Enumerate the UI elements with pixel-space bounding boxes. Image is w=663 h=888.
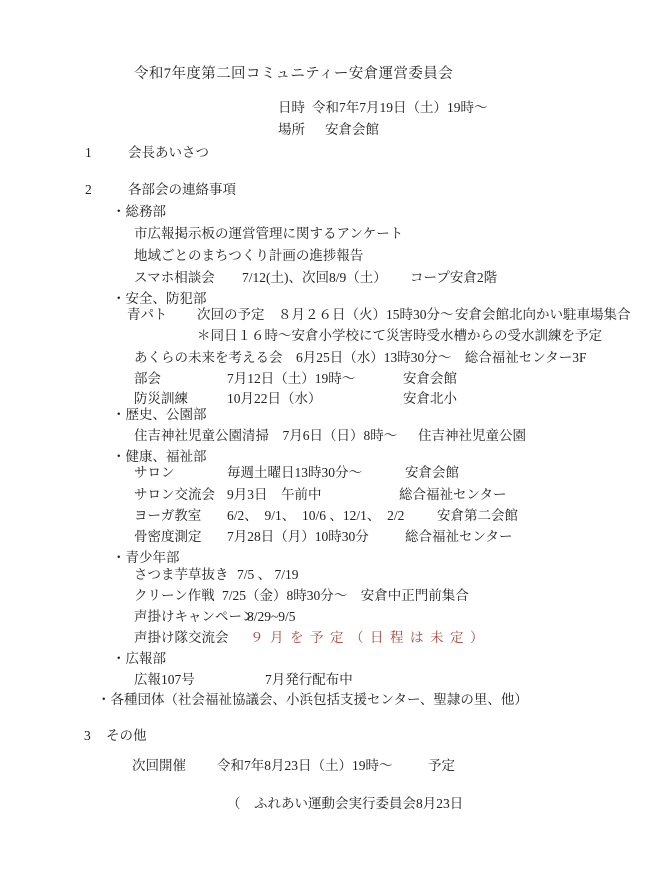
next-meeting-line: 次回開催 令和7年8月23日（土）19時～ 予定 [0, 757, 663, 775]
agenda-2-text: 各部会の連絡事項 [128, 181, 236, 198]
dept-seishonen-name: ・青少年部 [112, 549, 180, 566]
document-page: 令和7年度第二回コミュニティー安倉運営委員会 日時 令和7年7月19日（土）19… [0, 0, 663, 888]
page-title: 令和7年度第二回コミュニティー安倉運営委員会 [134, 66, 453, 83]
meta-datetime-line: 日時 令和7年7月19日（土）19時～ [0, 99, 663, 117]
agenda-item-2: 2 各部会の連絡事項 [0, 181, 663, 199]
seishonen-item-koekaketai: 声掛け隊交流会 ９月を予定（日程は未定） [0, 629, 663, 647]
aopato-place: 安倉会館北向かい駐車場集合 [455, 306, 631, 323]
agenda-3-text: その他 [106, 727, 147, 744]
datetime-label: 日時 [278, 99, 305, 116]
bousai-date: 10月22日（水） [227, 390, 322, 407]
kotsu-place: 総合福祉センター [405, 528, 512, 545]
next-meeting-date: 令和7年8月23日（土）19時～ [217, 757, 393, 774]
agenda-2-number: 2 [85, 181, 92, 198]
place-label: 場所 [278, 121, 305, 138]
dept-seishonen-heading: ・青少年部 [0, 549, 663, 567]
dept-soumu-heading: ・総務部 [0, 203, 663, 221]
fureai-line: （ ふれあい運動会実行委員会8月23日 [0, 795, 663, 813]
dept-anzen-name: ・安全、防犯部 [112, 290, 207, 307]
datetime-value: 令和7年7月19日（土）19時～ [312, 99, 488, 116]
sumaho-label: スマホ相談会 [134, 269, 215, 286]
aopato-label: 青パト [127, 306, 167, 323]
dantai-text: ・各種団体（社会福祉協議会、小浜包括支援センター、聖隷の里、他） [97, 691, 528, 708]
agenda-1-number: 1 [85, 144, 92, 161]
salon-label: サロン [134, 464, 175, 481]
bukai-label: 部会 [134, 370, 161, 387]
anzen-item-aopato: 青パト 次回の予定 ８月２６日（火）15時30分～ 安倉会館北向かい駐車場集合 [0, 306, 663, 324]
sumiyoshi-label: 住吉神社児童公園清掃 7月6日（日）8時～ [134, 427, 397, 444]
agenda-1-text: 会長あいさつ [128, 144, 209, 161]
koho107-status: 7月発行配布中 [265, 671, 353, 688]
seishonen-item-koekake: 声掛けキャンペーン 8/29~9/5 [0, 608, 663, 626]
anzen-item-mirai: あくらの未来を考える会 6月25日（水）13時30分～ 総合福祉センター3F [0, 349, 663, 367]
koho107-label: 広報107号 [134, 671, 195, 688]
koekaketai-date-red: ９月を予定（日程は未定） [250, 629, 490, 646]
title-line: 令和7年度第二回コミュニティー安倉運営委員会 [0, 66, 663, 84]
aopato-date: 次回の予定 ８月２６日（火）15時30分～ [197, 306, 454, 323]
soumu-item-machizukuri: 地域ごとのまちつくり計画の進捗報告 [0, 247, 663, 265]
dept-rekishi-name: ・歴史、公園部 [112, 406, 207, 423]
kenko-item-kouryu: サロン交流会 9月3日 午前中 総合福祉センター [0, 486, 663, 504]
next-meeting-status: 予定 [428, 757, 455, 774]
dept-kenko-name: ・健康、福祉部 [112, 448, 207, 465]
rekishi-item-sumiyoshi: 住吉神社児童公園清掃 7月6日（日）8時～ 住吉神社児童公園 [0, 427, 663, 445]
satsuma-date: 7/5 、 7/19 [237, 566, 299, 583]
meta-place-line: 場所 安倉会館 [0, 121, 663, 139]
kotsu-date: 7月28日（月）10時30分 [227, 528, 369, 545]
yoga-place: 安倉第二会館 [437, 507, 518, 524]
yoga-label: ヨーガ教室 [134, 507, 201, 524]
anzen-item-bukai: 部会 7月12日（土）19時～ 安倉会館 [0, 370, 663, 388]
next-meeting-label: 次回開催 [132, 757, 186, 774]
kouryu-place: 総合福祉センター [399, 486, 506, 503]
seishonen-item-satsuma: さつま芋草抜き 7/5 、 7/19 [0, 566, 663, 584]
koekake-date: 8/29~9/5 [247, 608, 296, 625]
bukai-place: 安倉会館 [403, 370, 457, 387]
soumu-item-survey-text: 市広報掲示板の運営管理に関するアンケート [134, 225, 403, 242]
yoga-date: 6/2、 9/1、 10/6 、12/1、 2/2 [227, 507, 404, 524]
fureai-text: （ ふれあい運動会実行委員会8月23日 [227, 795, 463, 812]
clean-date: 7/25（金）8時30分～ 安倉中正門前集合 [222, 587, 469, 604]
satsuma-label: さつま芋草抜き [134, 566, 229, 583]
sumiyoshi-place: 住吉神社児童公園 [418, 427, 526, 444]
clean-label: クリーン作戦 [134, 587, 215, 604]
soumu-item-survey: 市広報掲示板の運営管理に関するアンケート [0, 225, 663, 243]
anzen-item-aopato-note: ＊同日１６時～安倉小学校にて災害時受水槽からの受水訓練を予定 [0, 327, 663, 345]
dept-rekishi-heading: ・歴史、公園部 [0, 406, 663, 424]
place-value: 安倉会館 [325, 121, 379, 138]
dantai-line: ・各種団体（社会福祉協議会、小浜包括支援センター、聖隷の里、他） [0, 691, 663, 709]
kotsu-label: 骨密度測定 [134, 528, 202, 545]
agenda-3-number: 3 [84, 727, 91, 744]
aopato-note: ＊同日１６時～安倉小学校にて災害時受水槽からの受水訓練を予定 [197, 327, 602, 344]
sumaho-place: コープ安倉2階 [410, 269, 497, 286]
agenda-item-1: 1 会長あいさつ [0, 144, 663, 162]
sumaho-date: 7/12(土)、次回8/9（土） [242, 269, 387, 286]
soumu-item-machizukuri-text: 地域ごとのまちつくり計画の進捗報告 [134, 247, 363, 264]
koekake-label: 声掛けキャンペーン [134, 608, 255, 625]
kenko-item-yoga: ヨーガ教室 6/2、 9/1、 10/6 、12/1、 2/2 安倉第二会館 [0, 507, 663, 525]
mirai-text: あくらの未来を考える会 6月25日（水）13時30分～ 総合福祉センター3F [134, 349, 586, 366]
seishonen-item-clean: クリーン作戦 7/25（金）8時30分～ 安倉中正門前集合 [0, 587, 663, 605]
kenko-item-salon: サロン 毎週土曜日13時30分～ 安倉会館 [0, 464, 663, 482]
bukai-date: 7月12日（土）19時～ [227, 370, 355, 387]
bousai-label: 防災訓練 [134, 390, 188, 407]
soumu-item-sumaho: スマホ相談会 7/12(土)、次回8/9（土） コープ安倉2階 [0, 269, 663, 287]
dept-koho-name: ・広報部 [112, 650, 166, 667]
salon-place: 安倉会館 [405, 464, 459, 481]
koekaketai-label: 声掛け隊交流会 [134, 629, 229, 646]
kenko-item-kotsu: 骨密度測定 7月28日（月）10時30分 総合福祉センター [0, 528, 663, 546]
dept-soumu-name: ・総務部 [112, 203, 166, 220]
agenda-item-3: 3 その他 [0, 727, 663, 745]
koho-item-107: 広報107号 7月発行配布中 [0, 671, 663, 689]
salon-date: 毎週土曜日13時30分～ [227, 464, 362, 481]
kouryu-label: サロン交流会 [134, 486, 215, 503]
kouryu-date: 9月3日 午前中 [227, 486, 322, 503]
dept-koho-heading: ・広報部 [0, 650, 663, 668]
bousai-place: 安倉北小 [403, 390, 457, 407]
